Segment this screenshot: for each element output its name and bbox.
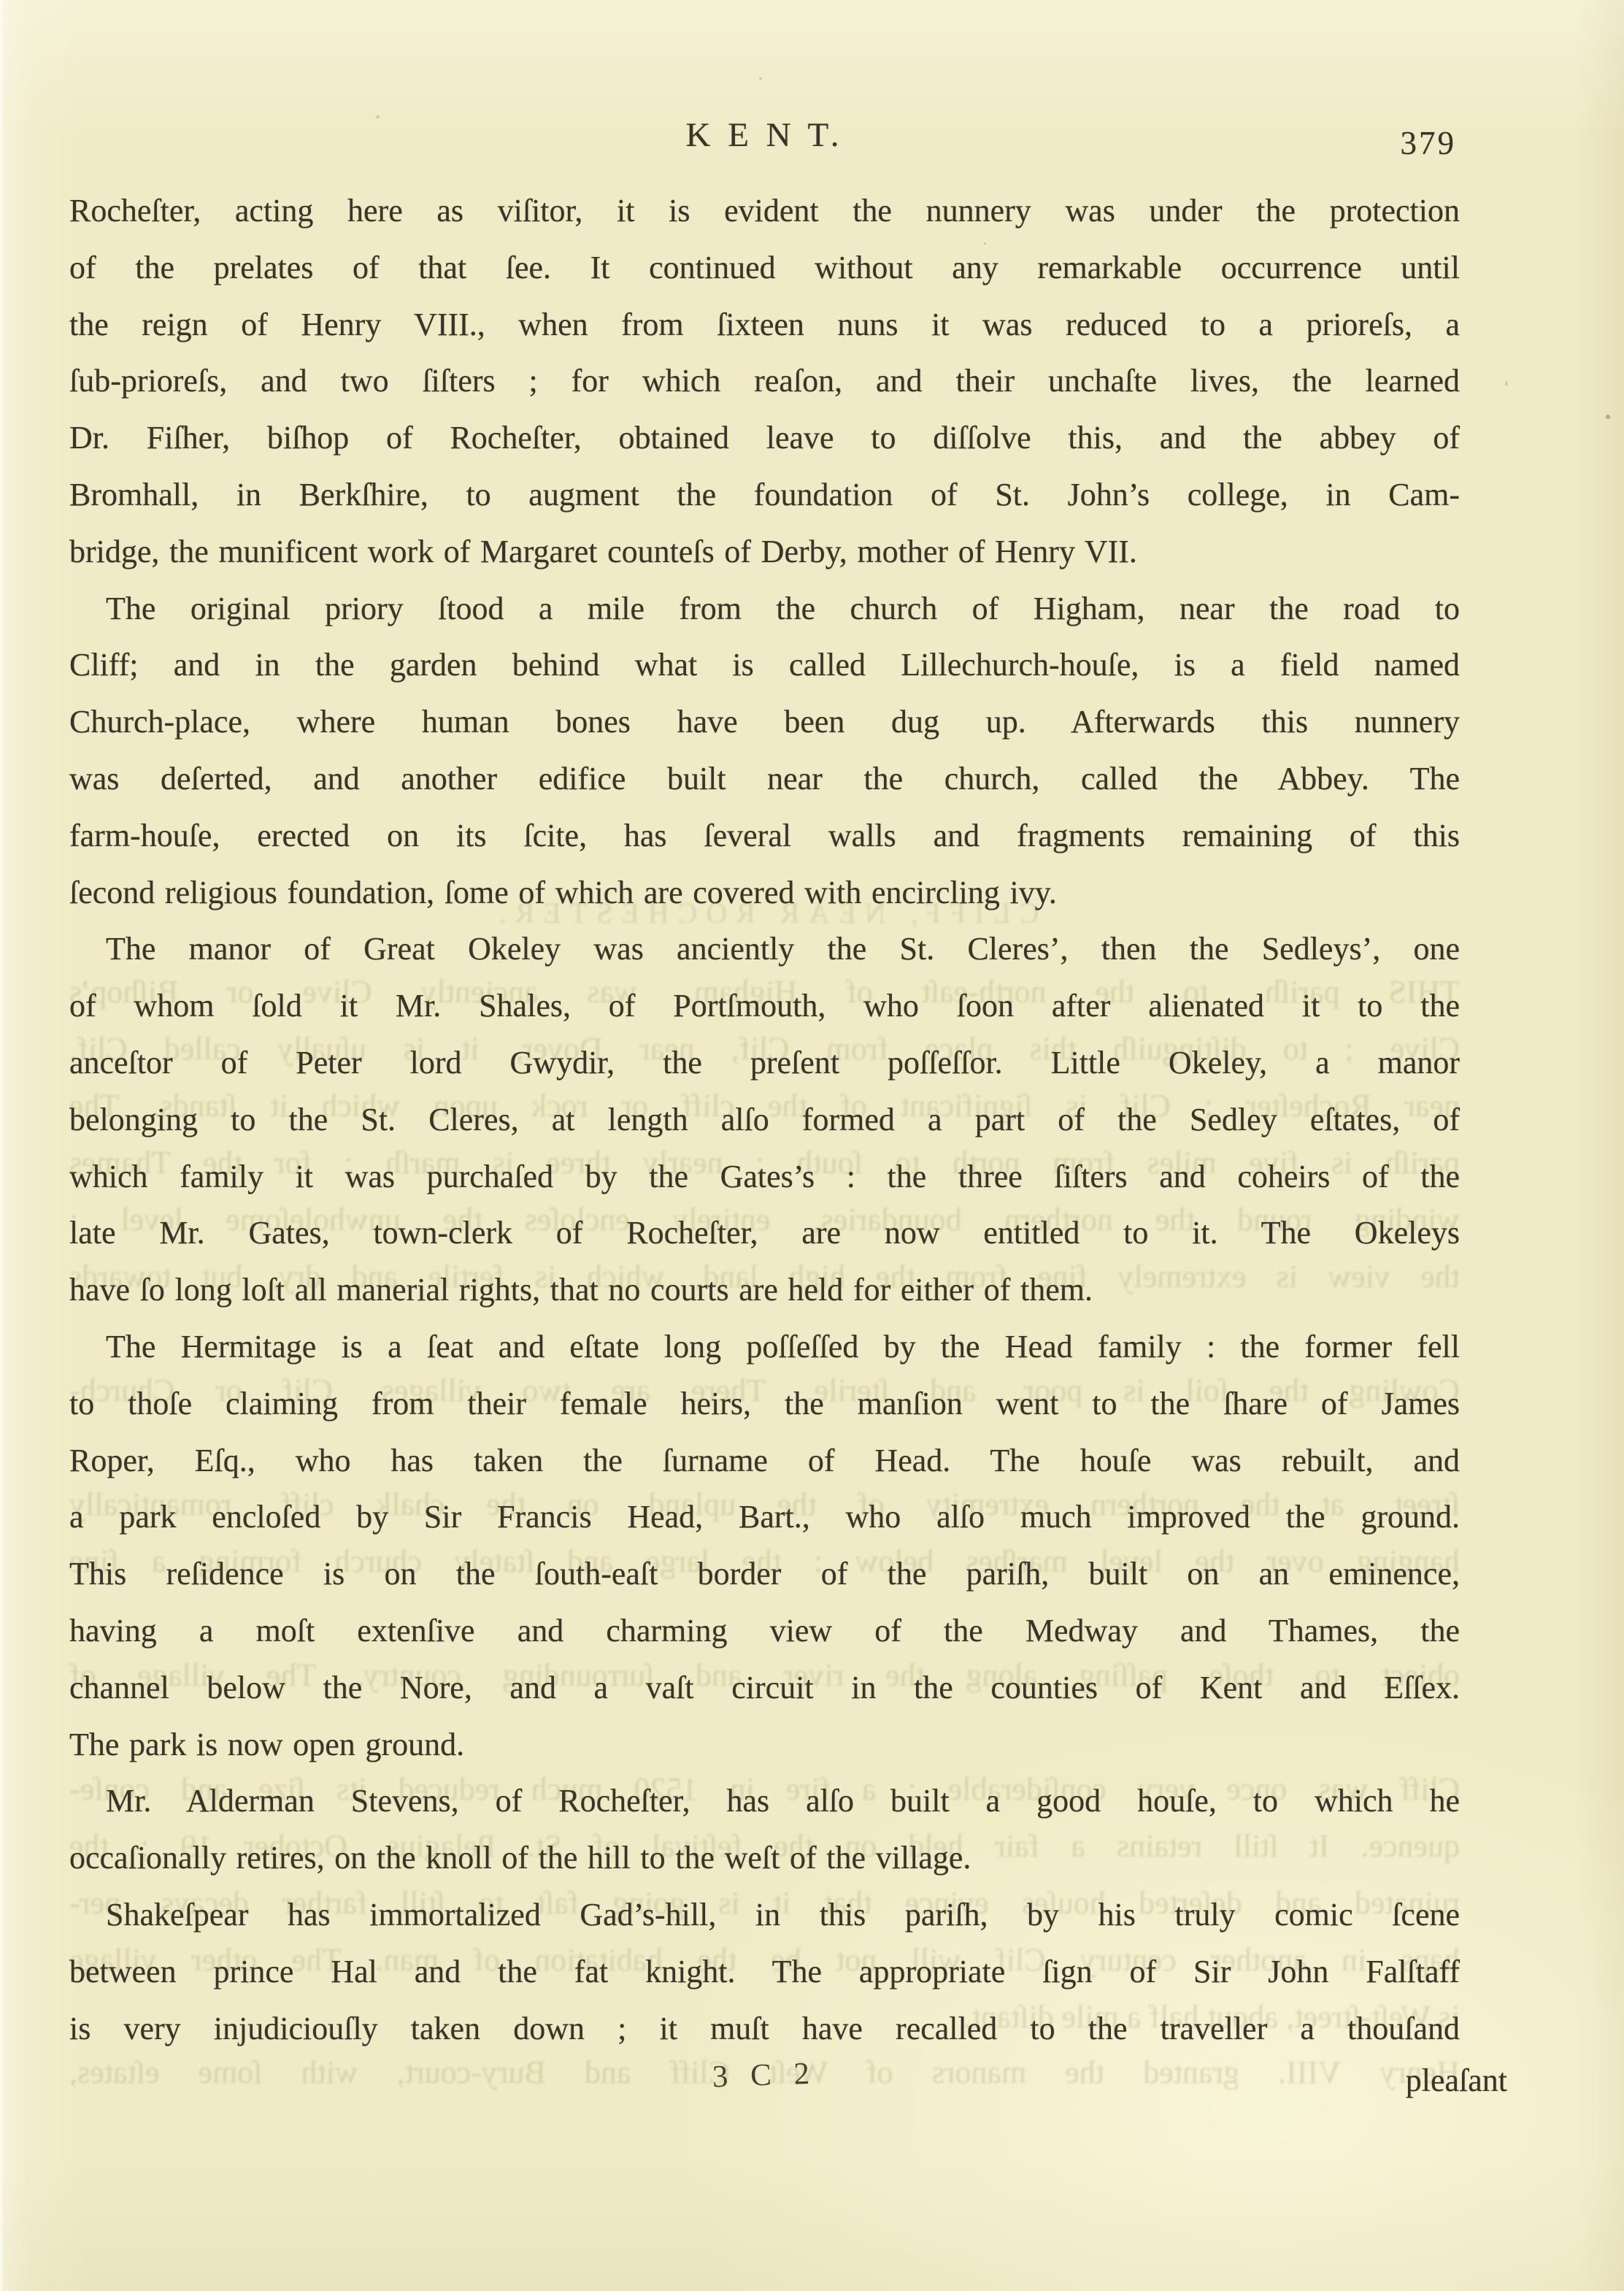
text-line: Mr. Alderman Stevens, of Rocheſter, has … xyxy=(69,1773,1460,1830)
text-line: channel below the Nore, and a vaſt circu… xyxy=(69,1659,1460,1716)
text-line: having a moſt extenſive and charming vie… xyxy=(69,1603,1460,1659)
text-line: to thoſe claiming from their female heir… xyxy=(69,1375,1460,1432)
text-line: between prince Hal and the fat knight. T… xyxy=(69,1943,1460,2000)
text-line: which family it was purchaſed by the Gat… xyxy=(69,1148,1460,1205)
text-line: late Mr. Gates, town-clerk of Rocheſter,… xyxy=(69,1205,1460,1262)
text-line: farm-houſe, erected on its ſcite, has ſe… xyxy=(69,807,1460,864)
catchword: pleaſant xyxy=(1406,2062,1507,2099)
text-line: of the prelates of that ſee. It continue… xyxy=(69,239,1460,296)
text-line: Rocheſter, acting here as viſitor, it is… xyxy=(69,183,1460,239)
text-line: anceſtor of Peter lord Gwydir, the preſe… xyxy=(69,1035,1460,1091)
text-line: occaſionally retires, on the knoll of th… xyxy=(69,1830,1460,1887)
text-line: of whom ſold it Mr. Shales, of Portſmout… xyxy=(69,978,1460,1035)
text-line: a park encloſed by Sir Francis Head, Bar… xyxy=(69,1489,1460,1546)
paper-speck xyxy=(984,242,986,245)
text-line: ſub-prioreſs, and two ſiſters ; for whic… xyxy=(69,353,1460,410)
text-line: Church-place, where human bones have bee… xyxy=(69,694,1460,751)
paper-speck xyxy=(1505,381,1508,386)
text-line: ſecond religious foundation, ſome of whi… xyxy=(69,864,1460,921)
running-title: K E N T. xyxy=(69,115,1460,155)
text-line: Cliff; and in the garden behind what is … xyxy=(69,637,1460,694)
text-line: belonging to the St. Cleres, at length a… xyxy=(69,1091,1460,1148)
text-line: Bromhall, in Berkſhire, to augment the f… xyxy=(69,467,1460,523)
book-page: CLIFF, NEAR ROCHESTER.THIS pariſh, to th… xyxy=(0,0,1624,2291)
page-number: 379 xyxy=(1401,124,1457,162)
text-line: was deſerted, and another edifice built … xyxy=(69,751,1460,807)
text-line: bridge, the munificent work of Margaret … xyxy=(69,523,1460,580)
text-line: The Hermitage is a ſeat and eſtate long … xyxy=(69,1319,1460,1375)
text-line: Dr. Fiſher, biſhop of Rocheſter, obtaine… xyxy=(69,410,1460,467)
text-line: Shakeſpear has immortalized Gad’s-hill, … xyxy=(69,1887,1460,1943)
text-line: the reign of Henry VIII., when from ſixt… xyxy=(69,296,1460,353)
text-line: This reſidence is on the ſouth-eaſt bord… xyxy=(69,1546,1460,1603)
text-line: The manor of Great Okeley was anciently … xyxy=(69,921,1460,978)
paper-speck xyxy=(1606,415,1610,419)
body-text: Rocheſter, acting here as viſitor, it is… xyxy=(69,183,1460,2057)
paper-speck xyxy=(376,115,380,118)
text-line: The park is now open ground. xyxy=(69,1716,1460,1773)
text-line: have ſo long loſt all manerial rights, t… xyxy=(69,1262,1460,1319)
text-line: The original priory ſtood a mile from th… xyxy=(69,580,1460,637)
paper-speck xyxy=(759,77,762,80)
text-line: Roper, Eſq., who has taken the ſurname o… xyxy=(69,1432,1460,1489)
